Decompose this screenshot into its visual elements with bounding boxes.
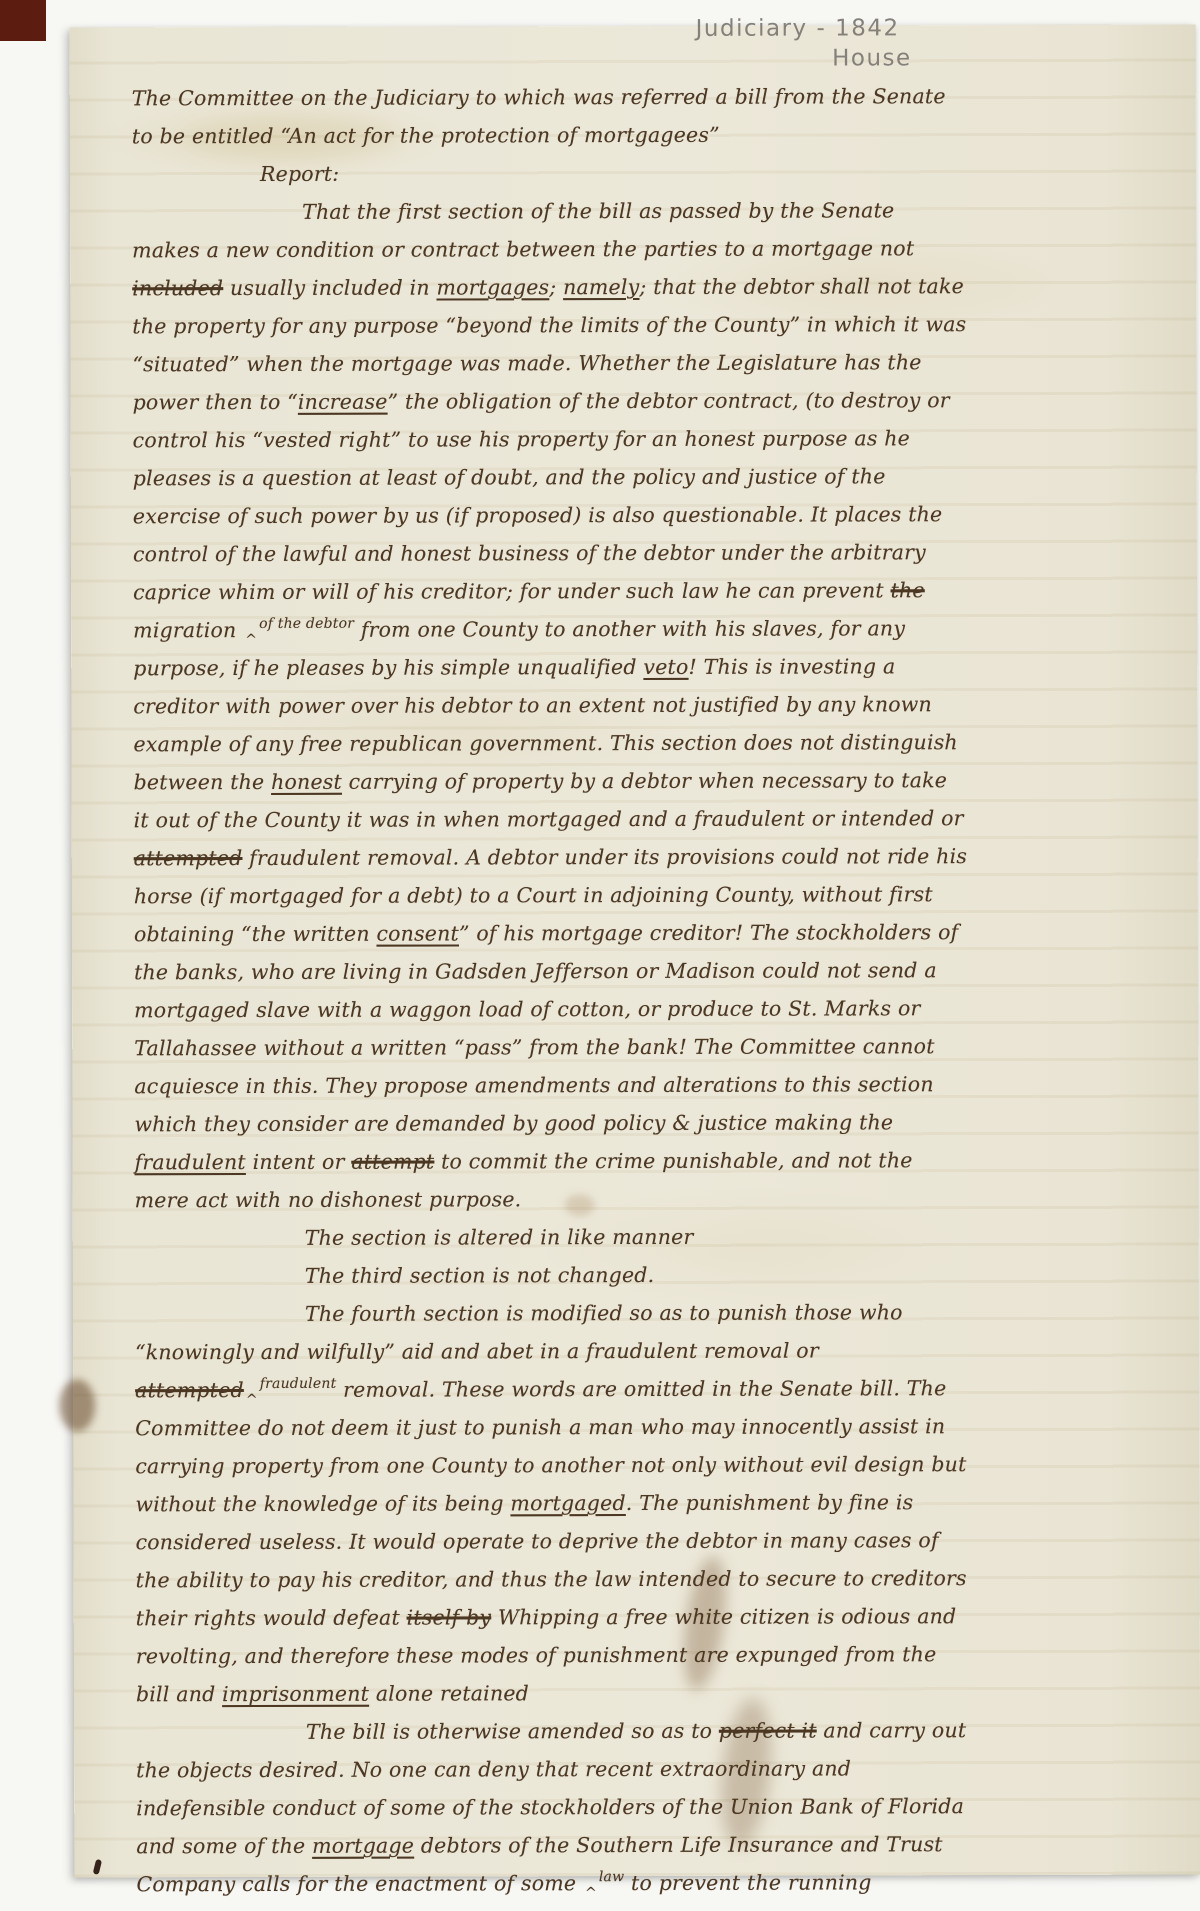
underlined-text: veto xyxy=(643,655,688,679)
underlined-text: increase xyxy=(298,390,388,414)
underlined-text: honest xyxy=(271,770,342,794)
manuscript-text: The Committee on the Judiciary to which … xyxy=(132,77,971,1903)
struck-text: attempt xyxy=(351,1150,434,1174)
struck-text: attempted xyxy=(135,1378,244,1402)
report-body: That the first section of the bill as pa… xyxy=(132,191,970,1903)
caret-mark: ^ xyxy=(585,1885,597,1901)
report-label: Report: xyxy=(132,153,966,193)
report-paragraph: The third section is not changed. xyxy=(135,1255,969,1295)
inserted-text: law xyxy=(599,1869,624,1885)
report-heading: The Committee on the Judiciary to which … xyxy=(132,77,966,155)
struck-text: the xyxy=(891,578,925,602)
scan-background: Judiciary - 1842 House The Committee on … xyxy=(0,0,1200,1911)
annotation-collection: Judiciary - 1842 xyxy=(696,13,916,44)
text-segment: That the first section of the bill as pa… xyxy=(132,198,914,262)
underlined-text: fraudulent xyxy=(135,1150,246,1174)
underlined-text: mortgage xyxy=(312,1834,414,1858)
caret-mark: ^ xyxy=(246,1392,258,1408)
text-segment: ” the obligation of the debtor contract,… xyxy=(133,388,950,604)
text-segment: The fourth section is modified so as to … xyxy=(135,1300,903,1364)
text-segment: to prevent the running xyxy=(624,1870,871,1895)
manuscript-page: Judiciary - 1842 House The Committee on … xyxy=(70,25,1200,1878)
underlined-text: namely xyxy=(563,275,639,299)
annotation-chamber: House xyxy=(696,43,916,74)
text-segment: intent or xyxy=(246,1150,352,1174)
report-paragraph: The section is altered in like manner xyxy=(135,1217,969,1257)
caret-mark: ^ xyxy=(245,632,257,648)
underlined-text: mortgaged xyxy=(510,1491,625,1515)
report-paragraph: The fourth section is modified so as to … xyxy=(135,1293,970,1713)
report-paragraph: The bill is otherwise amended so as to p… xyxy=(136,1711,970,1903)
text-segment: The bill is otherwise amended so as to xyxy=(306,1719,719,1744)
struck-text: perfect it xyxy=(719,1719,817,1743)
text-segment: ; xyxy=(549,275,563,299)
archival-annotation: Judiciary - 1842 House xyxy=(696,13,916,74)
text-segment: migration xyxy=(133,618,243,642)
report-paragraph: That the first section of the bill as pa… xyxy=(132,191,969,1219)
struck-text: attempted xyxy=(134,846,243,870)
text-segment: usually included in xyxy=(223,276,436,301)
text-segment: The section is altered in like manner xyxy=(305,1225,694,1250)
underlined-text: mortgages xyxy=(436,275,549,299)
text-segment: ” of his mortgage creditor! The stockhol… xyxy=(134,920,958,1136)
underlined-text: consent xyxy=(376,921,459,945)
underlined-text: imprisonment xyxy=(222,1682,369,1706)
inserted-text: fraudulent xyxy=(260,1376,337,1392)
text-segment: The third section is not changed. xyxy=(305,1263,655,1288)
struck-text: included xyxy=(132,276,223,300)
inserted-text: of the debtor xyxy=(259,616,354,632)
corner-mark xyxy=(0,0,46,41)
text-segment: alone retained xyxy=(369,1681,529,1705)
struck-text: itself by xyxy=(407,1605,492,1629)
